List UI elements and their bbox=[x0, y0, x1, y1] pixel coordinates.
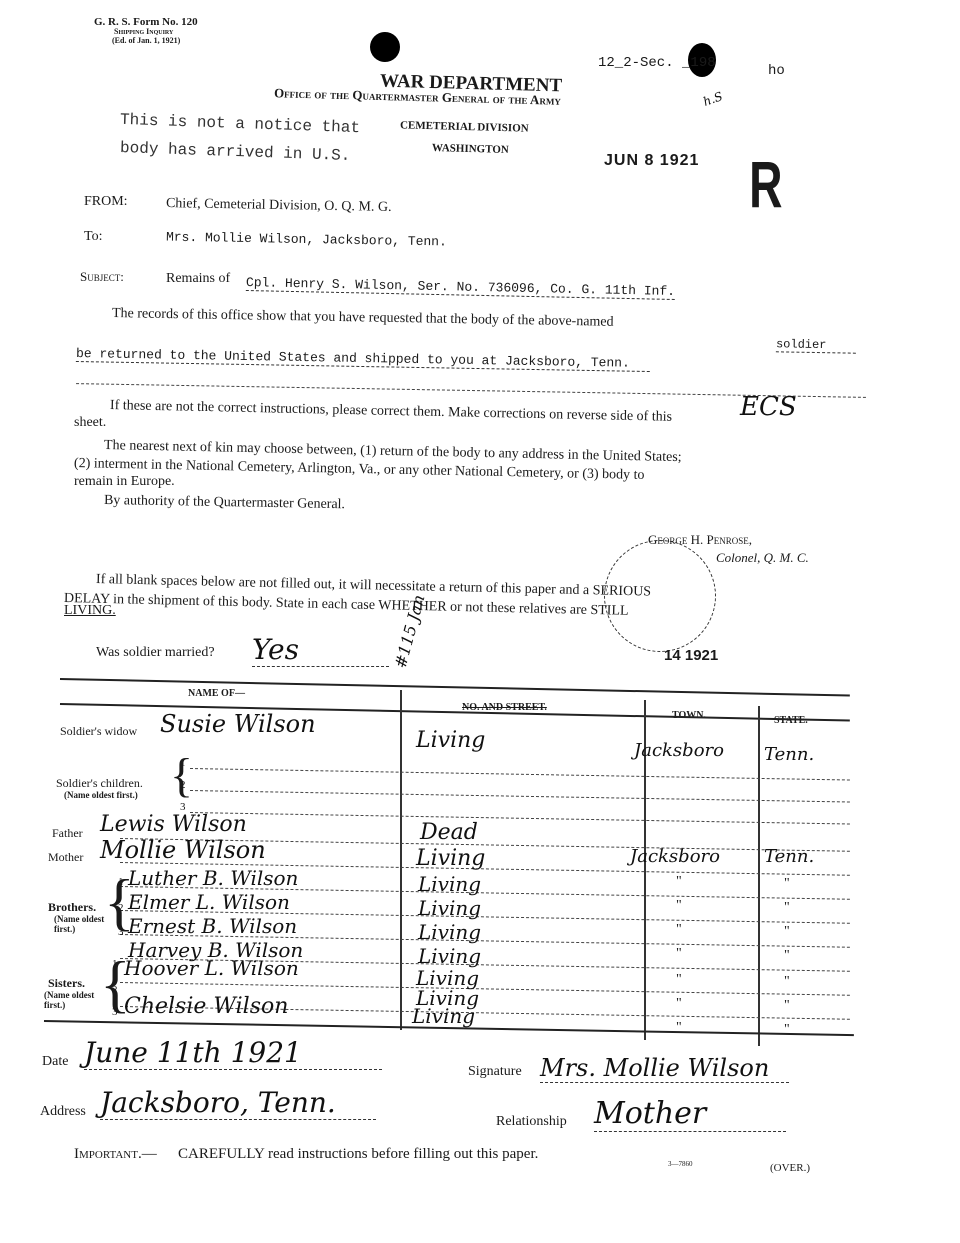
body-para1-fill2: be returned to the United States and shi… bbox=[76, 346, 650, 372]
row-sublabel-brothers: (Name oldest first.) bbox=[54, 914, 108, 934]
body-para1-start: The records of this office show that you… bbox=[112, 306, 614, 331]
routing-letter: R bbox=[749, 146, 782, 222]
married-value: Yes bbox=[252, 633, 389, 667]
file-reference: 12_2-Sec. _198 bbox=[598, 55, 716, 71]
address-label: Address bbox=[40, 1104, 86, 1120]
typed-notice-line2: body has arrived in U.S. bbox=[120, 139, 351, 165]
mother-name: Mollie Wilson bbox=[100, 836, 266, 864]
print-code: 3—7860 bbox=[668, 1160, 693, 1168]
city-title: WASHINGTON bbox=[432, 142, 509, 156]
sister-name: Hoover L. Wilson bbox=[124, 956, 299, 980]
body-para2-line1: If these are not the correct instruction… bbox=[110, 398, 672, 426]
column-divider bbox=[758, 706, 760, 1046]
header-state: STATE. bbox=[774, 715, 808, 726]
sister-number-3: 3 bbox=[112, 1006, 118, 1018]
child-number-2: 2 bbox=[180, 779, 186, 791]
form-name: Shipping Inquiry bbox=[114, 27, 173, 36]
subject-prefix: Remains of bbox=[166, 271, 230, 287]
brother-number-1: 1 bbox=[118, 876, 124, 888]
header-name: NAME OF— bbox=[188, 688, 245, 699]
widow-status: Living bbox=[416, 728, 485, 753]
margin-initials: h.S bbox=[701, 89, 724, 109]
signature-label: Signature bbox=[468, 1064, 522, 1080]
subject-value: Cpl. Henry S. Wilson, Ser. No. 736096, C… bbox=[246, 275, 675, 300]
row-line bbox=[190, 790, 850, 803]
brother-state: " bbox=[784, 900, 790, 916]
brother-name: Elmer L. Wilson bbox=[128, 890, 290, 914]
from-label: FROM: bbox=[84, 194, 128, 210]
signature-value: Mrs. Mollie Wilson bbox=[540, 1054, 789, 1083]
brother-state: " bbox=[784, 948, 790, 964]
important-label: Important.— bbox=[74, 1146, 157, 1163]
punch-hole bbox=[370, 32, 400, 62]
mother-state: Tenn. bbox=[764, 846, 814, 867]
sister-town: " bbox=[676, 972, 682, 988]
received-stamp-text: 14 1921 bbox=[664, 647, 718, 664]
row-label-mother: Mother bbox=[48, 850, 83, 865]
mother-town: Jacksboro bbox=[630, 846, 720, 867]
signatory-title: Colonel, Q. M. C. bbox=[716, 550, 809, 566]
sister-state: " bbox=[784, 974, 790, 990]
row-label-brothers: Brothers. bbox=[48, 900, 96, 915]
row-line bbox=[190, 768, 850, 781]
brother-number-3: 3 bbox=[118, 926, 124, 938]
brother-name: Luther B. Wilson bbox=[128, 866, 298, 890]
date-label: Date bbox=[42, 1054, 68, 1070]
row-sublabel-children: (Name oldest first.) bbox=[64, 790, 138, 800]
file-reference-suffix: ho bbox=[768, 63, 785, 79]
subject-label: Subject: bbox=[80, 269, 124, 285]
body-para1-fill1: soldier bbox=[776, 337, 857, 353]
body-para3-line3: remain in Europe. bbox=[74, 474, 175, 490]
table-top-border bbox=[60, 678, 850, 697]
row-label-sisters: Sisters. bbox=[48, 976, 85, 991]
sister-name: Chelsie Wilson bbox=[124, 994, 288, 1019]
brother-town: " bbox=[676, 946, 682, 962]
brother-status: Living bbox=[418, 872, 481, 896]
row-label-widow: Soldier's widow bbox=[60, 724, 137, 739]
brother-town: " bbox=[676, 874, 682, 890]
mother-status: Living bbox=[416, 846, 485, 871]
typed-notice-line1: This is not a notice that bbox=[120, 111, 361, 137]
to-label: To: bbox=[84, 229, 102, 245]
father-status: Dead bbox=[420, 820, 478, 845]
date-stamp: JUN 8 1921 bbox=[604, 152, 699, 170]
to-value: Mrs. Mollie Wilson, Jacksboro, Tenn. bbox=[166, 230, 447, 250]
row-line bbox=[190, 812, 850, 825]
date-value: June 11th 1921 bbox=[84, 1036, 382, 1070]
brother-status: Living bbox=[418, 944, 481, 968]
form-edition: (Ed. of Jan. 1, 1921) bbox=[112, 36, 180, 45]
brother-status: Living bbox=[418, 920, 481, 944]
sister-number-2: 2 bbox=[112, 984, 118, 996]
body-para4: By authority of the Quartermaster Genera… bbox=[104, 493, 345, 513]
brother-state: " bbox=[784, 876, 790, 892]
father-name: Lewis Wilson bbox=[100, 812, 247, 837]
sister-state: " bbox=[784, 998, 790, 1014]
sister-town: " bbox=[676, 1020, 682, 1036]
married-label: Was soldier married? bbox=[96, 645, 215, 661]
column-divider bbox=[400, 690, 402, 1030]
brother-town: " bbox=[676, 898, 682, 914]
widow-name: Susie Wilson bbox=[160, 710, 316, 738]
address-value: Jacksboro, Tenn. bbox=[100, 1086, 376, 1120]
sister-status: Living bbox=[412, 1004, 475, 1028]
sister-town: " bbox=[676, 996, 682, 1012]
relationship-value: Mother bbox=[594, 1096, 786, 1132]
brother-name: Ernest B. Wilson bbox=[128, 914, 297, 938]
brother-number-2: 2 bbox=[118, 902, 124, 914]
child-number-1: 1 bbox=[180, 757, 186, 769]
division-title: CEMETERIAL DIVISION bbox=[400, 119, 529, 134]
widow-state: Tenn. bbox=[764, 744, 814, 765]
brother-town: " bbox=[676, 922, 682, 938]
over-note: (OVER.) bbox=[770, 1162, 810, 1174]
body-para2-line2: sheet. bbox=[74, 415, 106, 431]
relationship-label: Relationship bbox=[496, 1114, 567, 1130]
important-text: CAREFULLY read instructions before filli… bbox=[178, 1146, 538, 1163]
row-label-father: Father bbox=[52, 826, 83, 841]
brother-status: Living bbox=[418, 896, 481, 920]
row-label-children: Soldier's children. bbox=[56, 776, 143, 791]
sister-number-1: 1 bbox=[112, 958, 118, 970]
warning-line3: LIVING. bbox=[64, 603, 116, 619]
from-value: Chief, Cemeterial Division, O. Q. M. G. bbox=[166, 196, 392, 216]
sister-state: " bbox=[784, 1022, 790, 1038]
handwritten-initials: ECS bbox=[740, 392, 797, 422]
row-sublabel-sisters: (Name oldest first.) bbox=[44, 990, 98, 1010]
widow-town: Jacksboro bbox=[634, 740, 724, 761]
brother-state: " bbox=[784, 924, 790, 940]
